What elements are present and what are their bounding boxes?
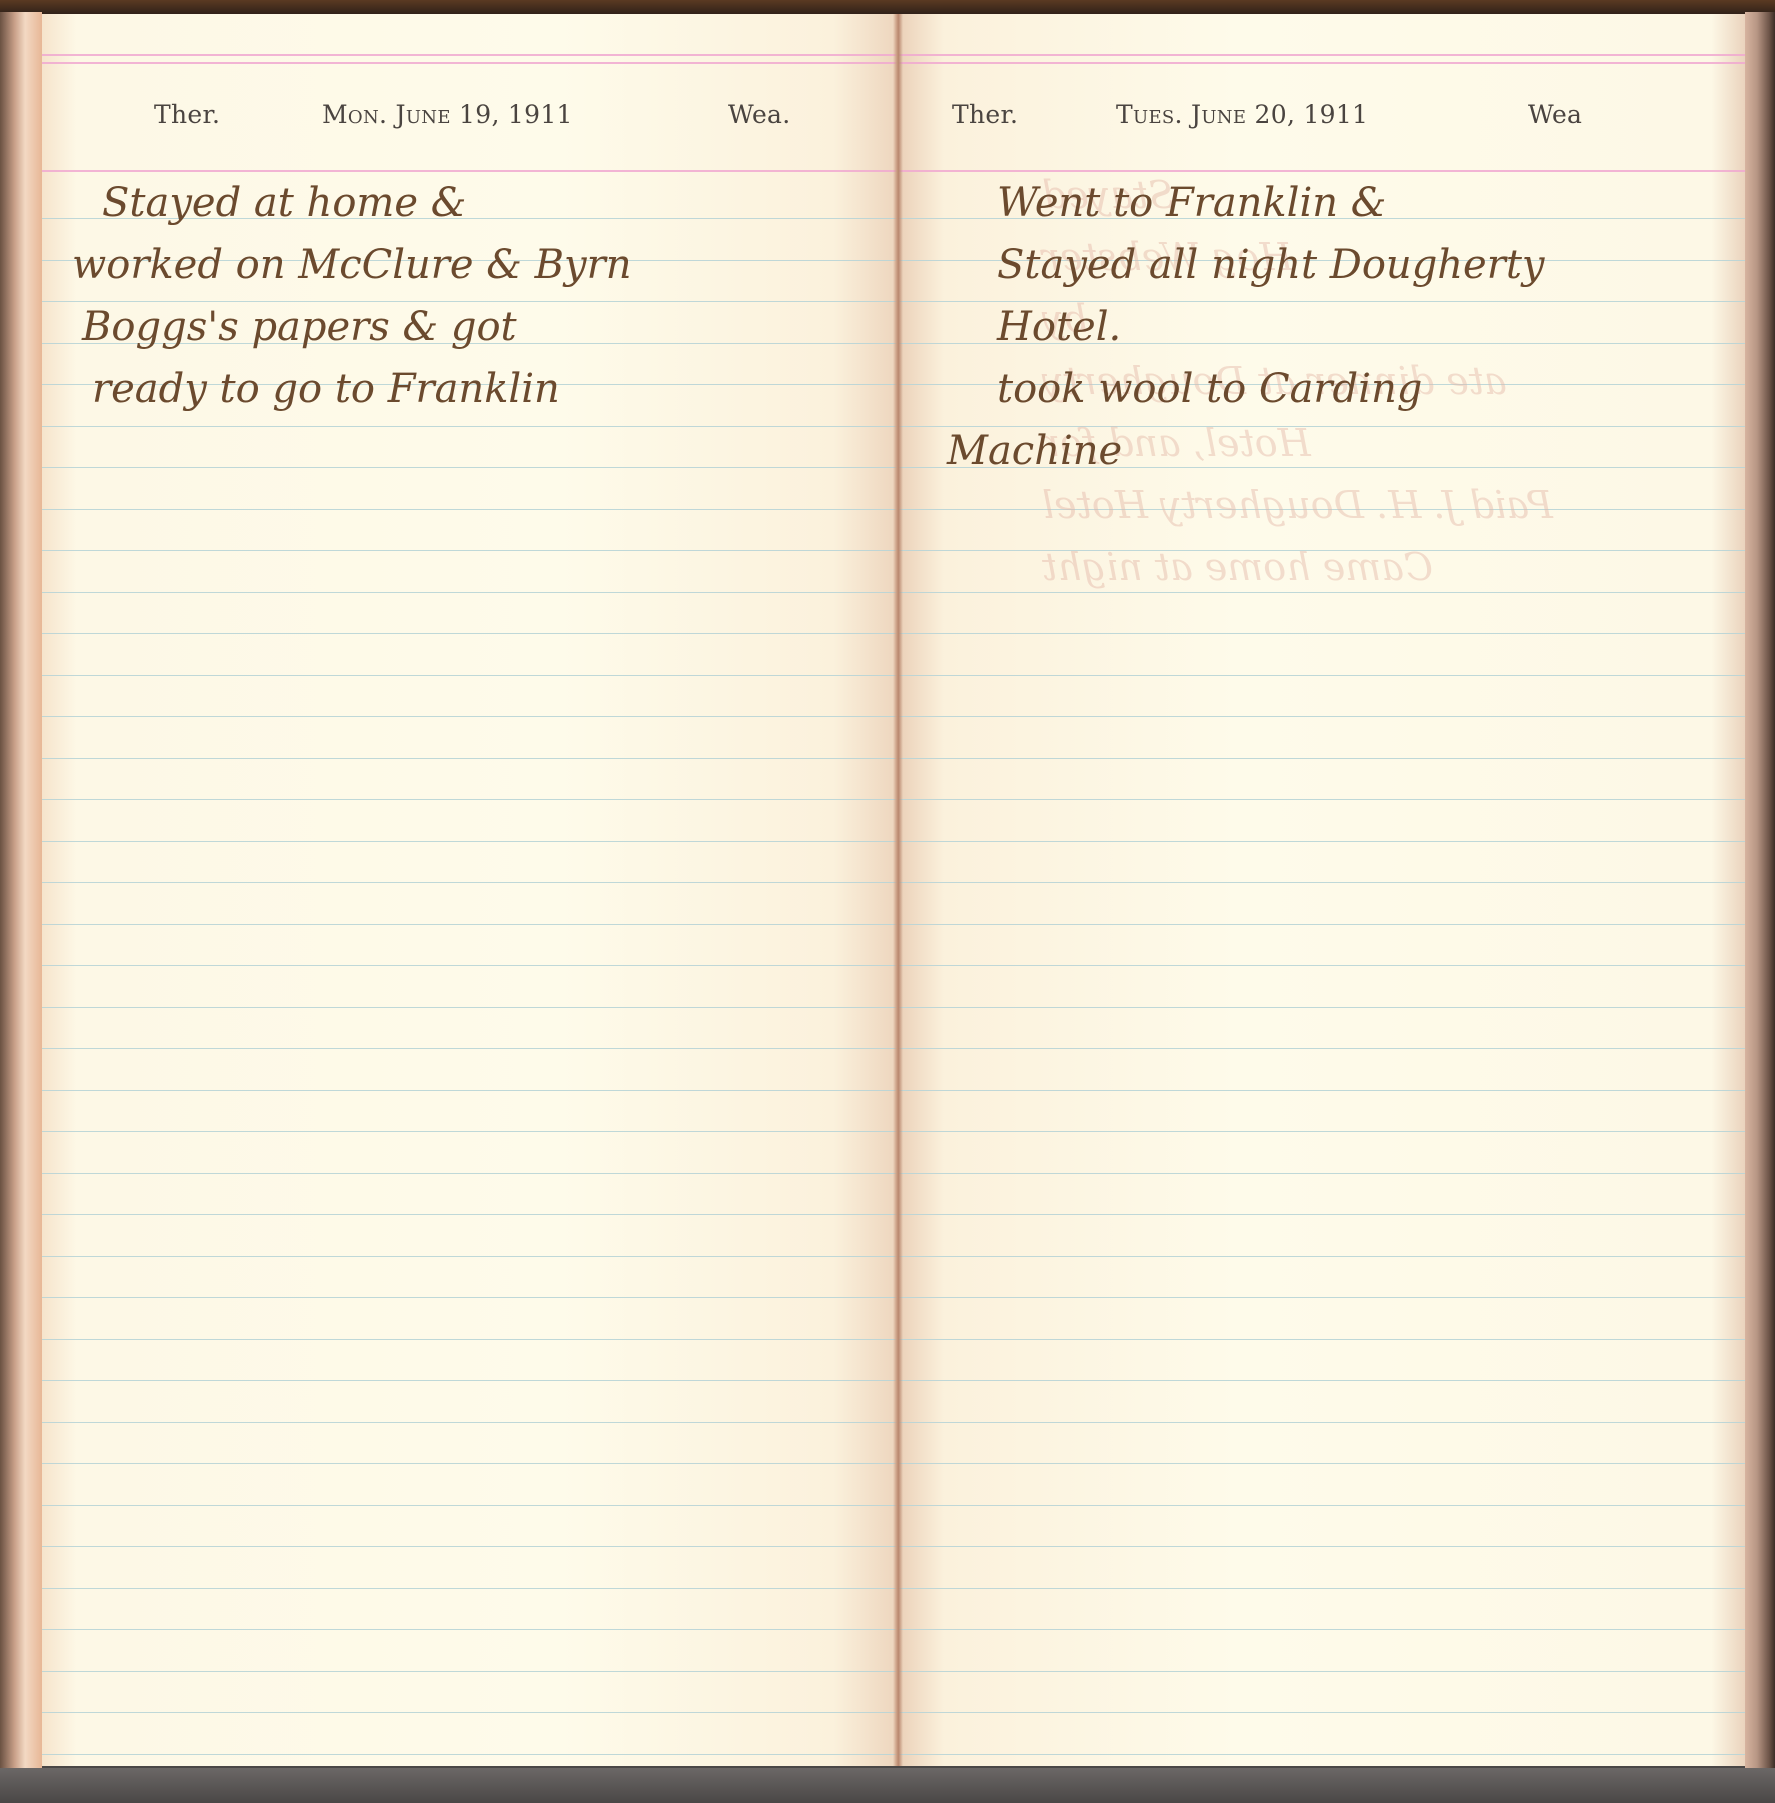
- ruled-line: [42, 799, 902, 800]
- ruled-line: [902, 1048, 1745, 1049]
- bleed-line: Came home at night: [1042, 536, 1722, 598]
- ruled-line: [42, 1629, 902, 1630]
- ruled-line: [902, 758, 1745, 759]
- entry-line: Hotel.: [902, 296, 1745, 358]
- ruled-line: [902, 1090, 1745, 1091]
- ruled-line: [42, 965, 902, 966]
- ruled-line: [42, 1505, 902, 1506]
- entry-line: Stayed at home &: [72, 172, 902, 234]
- ruled-line: [902, 1256, 1745, 1257]
- left-diary-page: Ther. Mon. June 19, 1911 Wea. Stayed at …: [42, 14, 902, 1766]
- ruled-line: [902, 965, 1745, 966]
- book-page-edges-left: [0, 12, 42, 1772]
- entry-line: Stayed all night Dougherty: [902, 234, 1745, 296]
- ruled-line: [42, 633, 902, 634]
- header-double-rule-bottom: [42, 62, 902, 64]
- ruled-line: [902, 924, 1745, 925]
- ruled-line: [902, 1007, 1745, 1008]
- ruled-line: [902, 841, 1745, 842]
- ruled-line: [902, 1131, 1745, 1132]
- entry-line: Went to Franklin &: [902, 172, 1745, 234]
- ruled-line: [42, 467, 902, 468]
- ruled-line: [42, 1090, 902, 1091]
- ruled-line: [902, 1173, 1745, 1174]
- ruled-line: [902, 1214, 1745, 1215]
- ruled-line: [42, 1671, 902, 1672]
- ruled-line: [902, 1463, 1745, 1464]
- header-double-rule-top: [42, 54, 902, 56]
- ruled-line: [42, 1546, 902, 1547]
- right-diary-page: Ther. Tues. June 20, 1911 Wea Stayed Hog…: [902, 14, 1745, 1766]
- ruled-line: [902, 675, 1745, 676]
- ruled-line: [42, 1422, 902, 1423]
- weather-label: Wea: [1528, 100, 1582, 129]
- ruled-line: [902, 882, 1745, 883]
- thermometer-label: Ther.: [952, 100, 1018, 129]
- ruled-line: [42, 716, 902, 717]
- ruled-line: [42, 924, 902, 925]
- ruled-line: [902, 1712, 1745, 1713]
- page-header: Ther. Tues. June 20, 1911 Wea: [902, 100, 1745, 140]
- ruled-line: [42, 1007, 902, 1008]
- entry-date: Tues. June 20, 1911: [1116, 100, 1368, 129]
- book-cover-bottom-edge: [0, 1768, 1775, 1803]
- ruled-line: [42, 1463, 902, 1464]
- ruled-line: [902, 1339, 1745, 1340]
- ruled-line: [42, 1131, 902, 1132]
- header-double-rule-top: [902, 54, 1745, 56]
- ruled-line: [902, 1629, 1745, 1630]
- diary-entry-text: Went to Franklin & Stayed all night Doug…: [902, 172, 1745, 482]
- entry-date: Mon. June 19, 1911: [322, 100, 573, 129]
- ruled-line: [902, 1297, 1745, 1298]
- ruled-line: [42, 675, 902, 676]
- ruled-line: [42, 758, 902, 759]
- ruled-line: [42, 592, 902, 593]
- thermometer-label: Ther.: [154, 100, 220, 129]
- ruled-line: [902, 1380, 1745, 1381]
- entry-line: Boggs's papers & got: [72, 296, 902, 358]
- ruled-line: [42, 1048, 902, 1049]
- ruled-line: [42, 841, 902, 842]
- ruled-line: [42, 1214, 902, 1215]
- ruled-line: [42, 1712, 902, 1713]
- ruled-line: [42, 426, 902, 427]
- ruled-line: [902, 716, 1745, 717]
- weather-label: Wea.: [728, 100, 791, 129]
- bleed-line: Paid J. H. Dougherty Hotel: [1042, 474, 1722, 536]
- entry-line: took wool to Carding: [902, 358, 1745, 420]
- ruled-line: [42, 550, 902, 551]
- ruled-line: [42, 1173, 902, 1174]
- page-header: Ther. Mon. June 19, 1911 Wea.: [42, 100, 902, 140]
- ruled-line: [42, 1754, 902, 1755]
- ruled-line: [42, 1339, 902, 1340]
- ruled-line: [902, 799, 1745, 800]
- ruled-line: [42, 509, 902, 510]
- book-page-edges-right: [1745, 12, 1775, 1772]
- diary-entry-text: Stayed at home & worked on McClure & Byr…: [72, 172, 902, 420]
- ruled-line: [902, 1546, 1745, 1547]
- header-double-rule-bottom: [902, 62, 1745, 64]
- entry-line: Machine: [902, 420, 1745, 482]
- ruled-line: [42, 1297, 902, 1298]
- ruled-line: [42, 1256, 902, 1257]
- ruled-line: [902, 1671, 1745, 1672]
- ruled-line: [42, 1588, 902, 1589]
- ruled-line: [42, 882, 902, 883]
- entry-line: worked on McClure & Byrn: [72, 234, 902, 296]
- ruled-line: [902, 1422, 1745, 1423]
- book-spine-gutter: [893, 14, 903, 1766]
- ruled-line: [902, 1505, 1745, 1506]
- ruled-line: [902, 1588, 1745, 1589]
- entry-line: ready to go to Franklin: [72, 358, 902, 420]
- ruled-line: [902, 633, 1745, 634]
- ruled-line: [42, 1380, 902, 1381]
- ruled-line: [902, 1754, 1745, 1755]
